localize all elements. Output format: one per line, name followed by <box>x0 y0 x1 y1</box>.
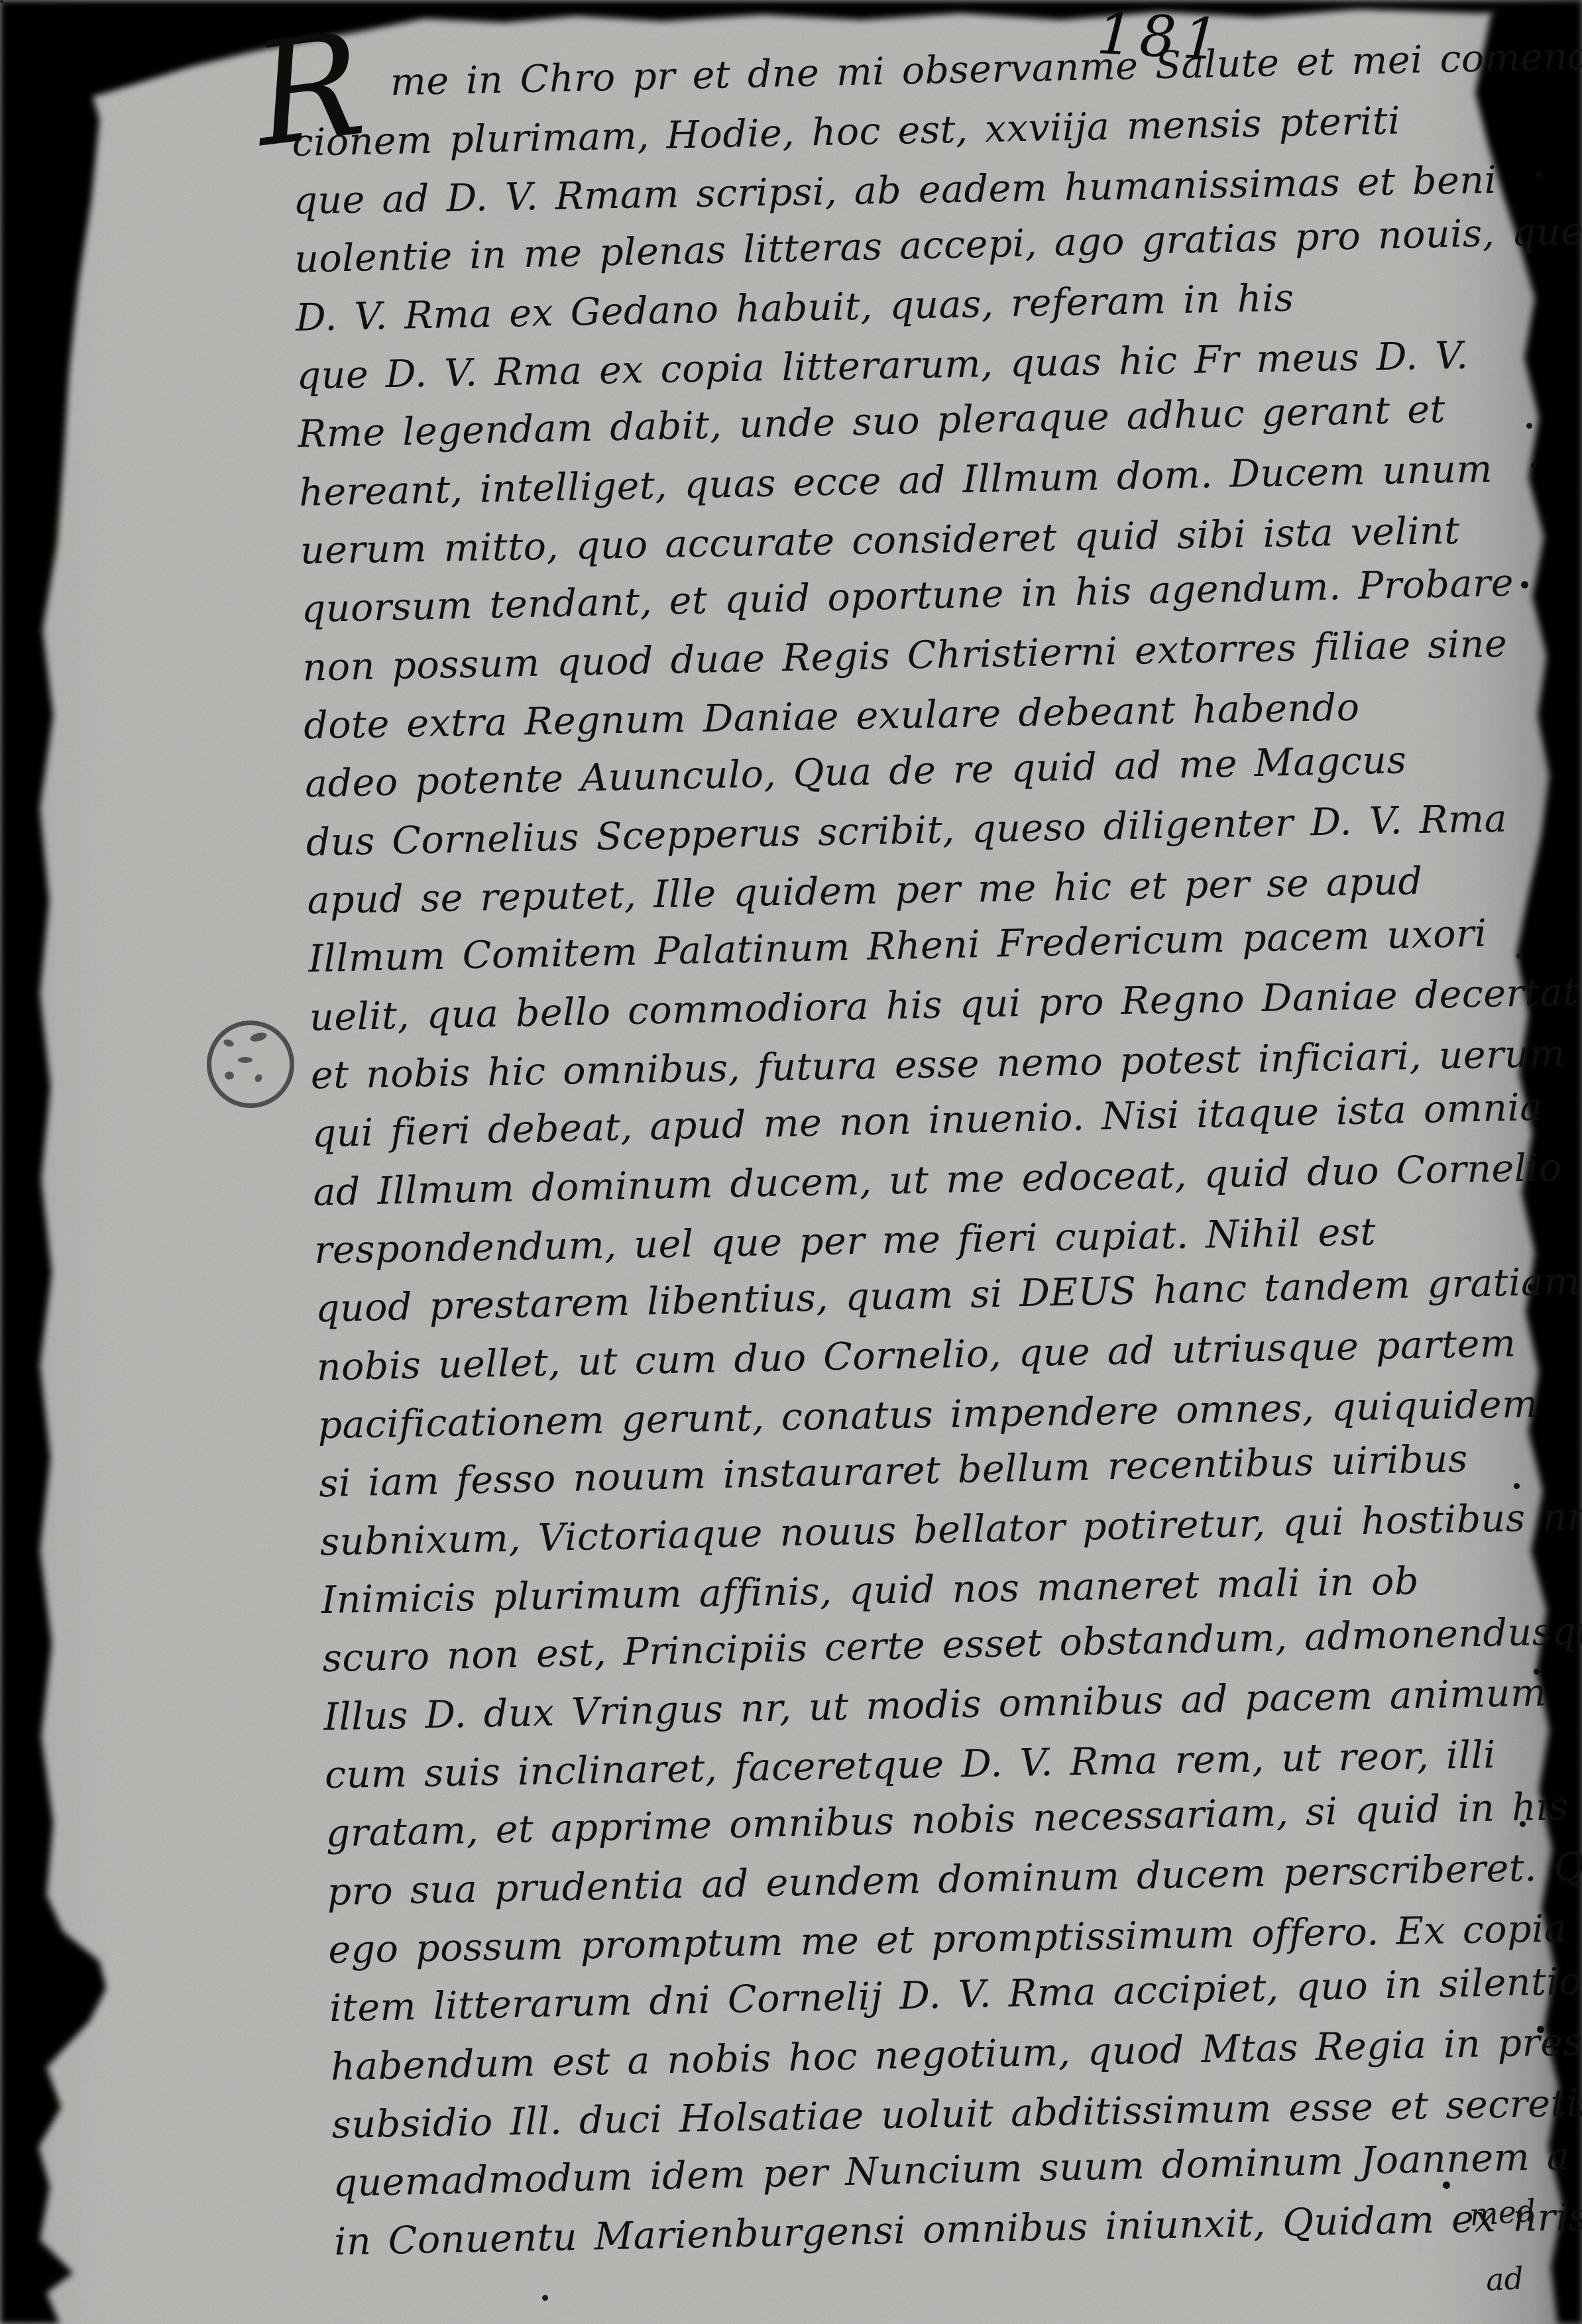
stamp-mark <box>223 1038 235 1048</box>
library-stamp <box>207 1021 294 1108</box>
stamp-mark <box>225 1072 234 1079</box>
manuscript-page: 181 R me in Chro pr et dne mi observanme… <box>0 0 1582 2324</box>
ink-specks <box>0 0 3 3</box>
stamp-mark <box>249 1031 268 1043</box>
stamp-mark <box>238 1057 253 1063</box>
manuscript-text: me in Chro pr et dne mi observanme Salut… <box>290 30 1581 2271</box>
catchword: ad <box>1485 2260 1525 2298</box>
stamp-mark <box>254 1073 264 1083</box>
catchword: med <box>1468 2193 1537 2233</box>
